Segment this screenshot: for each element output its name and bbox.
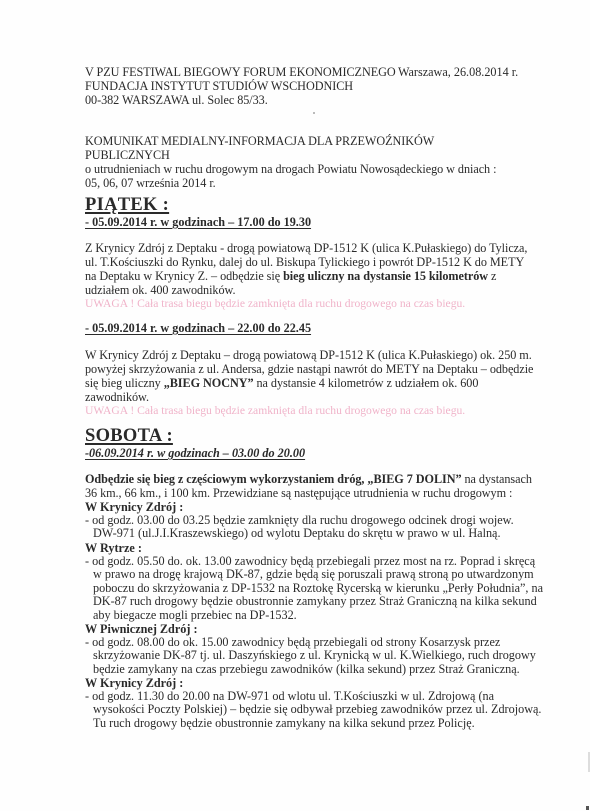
detail-line: poboczu do skrzyżowania z DP-1532 na Roz… (85, 582, 565, 595)
friday-event2-warning: UWAGA ! Cała trasa biegu będzie zamknięt… (85, 404, 465, 417)
foundation-line: FUNDACJA INSTYTUT STUDIÓW WSCHODNICH (85, 79, 353, 93)
scan-speck (313, 112, 315, 114)
friday-heading: PIĄTEK : (85, 195, 169, 216)
saturday-intro-line2: 36 km., 66 km., i 100 km. Przewidziane s… (85, 486, 512, 500)
friday-event2-line4: zawodników. (85, 390, 149, 404)
detail-line: aby biegacze mogli przebiec na DP-1532. (85, 609, 565, 622)
communique-subtitle: o utrudnieniach w ruchu drogowym na drog… (85, 162, 496, 176)
friday-event1-line3: na Deptaku w Krynicy Z. – odbędzie się b… (85, 269, 496, 283)
friday-event1-line4: udziałem ok. 400 zawodników. (85, 283, 235, 297)
detail-line: - od godz. 05.50 do. ok. 13.00 zawodnicy… (85, 555, 565, 568)
location-krynica-2-details: - od godz. 11.30 do 20.00 na DW-971 od w… (85, 690, 565, 730)
detail-line: Tu ruch drogowy będzie obustronnie zamyk… (85, 717, 565, 730)
friday-event2-line1: W Krynicy Zdrój z Deptaku – drogą powiat… (85, 348, 532, 362)
detail-line: DK-87 ruch drogowy będzie obustronnie za… (85, 595, 565, 608)
location-piwniczna-details: - od godz. 08.00 do ok. 15.00 zawodnicy … (85, 636, 565, 676)
communique-dates: 05, 06, 07 września 2014 r. (85, 176, 216, 190)
friday-event1-line2: ul. T.Kościuszki do Rynku, dalej do ul. … (85, 255, 524, 269)
text-run: na dystansach (462, 472, 532, 486)
text-run: się bieg uliczny (85, 376, 164, 390)
detail-line: DW-971 (ul.J.I.Kraszewskiego) od wylotu … (85, 527, 565, 540)
detail-line: skrzyżowanie DK-87 tj. ul. Daszyńskiego … (85, 649, 565, 662)
location-krynica-1-details: - od godz. 03.00 do 03.25 będzie zamknię… (85, 514, 565, 541)
detail-line: - od godz. 11.30 do 20.00 na DW-971 od w… (85, 690, 565, 703)
location-krynica-2-heading: W Krynicy Zdrój : (85, 676, 183, 690)
text-run: na dystansie 4 kilometrów z udziałem ok.… (254, 376, 479, 390)
event-intro-highlight: Odbędzie się bieg z częściowym wykorzyst… (85, 472, 462, 486)
detail-line: będzie zamykany na czas przebiegu zawodn… (85, 663, 565, 676)
address-line: 00-382 WARSZAWA ul. Solec 85/33. (85, 93, 268, 107)
detail-line: w prawo na drogę krajową DK-87, gdzie bę… (85, 568, 565, 581)
saturday-time: -06.09.2014 r. w godzinach – 03.00 do 20… (85, 446, 305, 461)
communique-title-line2: PUBLICZNYCH (85, 148, 170, 162)
detail-line: - od godz. 03.00 do 03.25 będzie zamknię… (85, 514, 565, 527)
friday-event1-warning: UWAGA ! Cała trasa biegu będzie zamknięt… (85, 297, 465, 310)
saturday-heading: SOBOTA : (85, 426, 173, 447)
event-name-highlight: „BIEG NOCNY” (164, 376, 254, 390)
detail-line: wysokości Poczty Polskiej) – będzie się … (85, 703, 565, 716)
scanned-document-page: V PZU FESTIWAL BIEGOWY FORUM EKONOMICZNE… (0, 0, 590, 811)
text-run: na Deptaku w Krynicy Z. – odbędzie się (85, 269, 283, 283)
detail-line: - od godz. 08.00 do ok. 15.00 zawodnicy … (85, 636, 565, 649)
friday-event1-time: - 05.09.2014 r. w godzinach – 17.00 do 1… (85, 215, 311, 230)
scan-speck (586, 806, 589, 810)
friday-event2-line2: powyżej skrzyżowania z ul. Andersa, gdzi… (85, 362, 533, 376)
organizer-line: V PZU FESTIWAL BIEGOWY FORUM EKONOMICZNE… (85, 65, 396, 79)
location-rytro-heading: W Rytrze : (85, 541, 142, 555)
friday-event2-time: - 05.09.2014 r. w godzinach – 22.00 do 2… (85, 321, 311, 336)
location-piwniczna-heading: W Piwnicznej Zdrój : (85, 622, 198, 636)
friday-event1-line1: Z Krynicy Zdrój z Deptaku - drogą powiat… (85, 241, 527, 255)
communique-title-line1: KOMUNIKAT MEDIALNY-INFORMACJA DLA PRZEWO… (85, 134, 434, 148)
friday-event2-line3: się bieg uliczny „BIEG NOCNY” na dystans… (85, 376, 478, 390)
location-krynica-1-heading: W Krynicy Zdrój : (85, 500, 183, 514)
distance-highlight: bieg uliczny na dystansie 15 kilometrów (283, 269, 488, 283)
text-run: z (488, 269, 496, 283)
location-rytro-details: - od godz. 05.50 do. ok. 13.00 zawodnicy… (85, 555, 565, 622)
saturday-intro-line1: Odbędzie się bieg z częściowym wykorzyst… (85, 472, 532, 486)
letter-date: Warszawa, 26.08.2014 r. (398, 65, 518, 80)
